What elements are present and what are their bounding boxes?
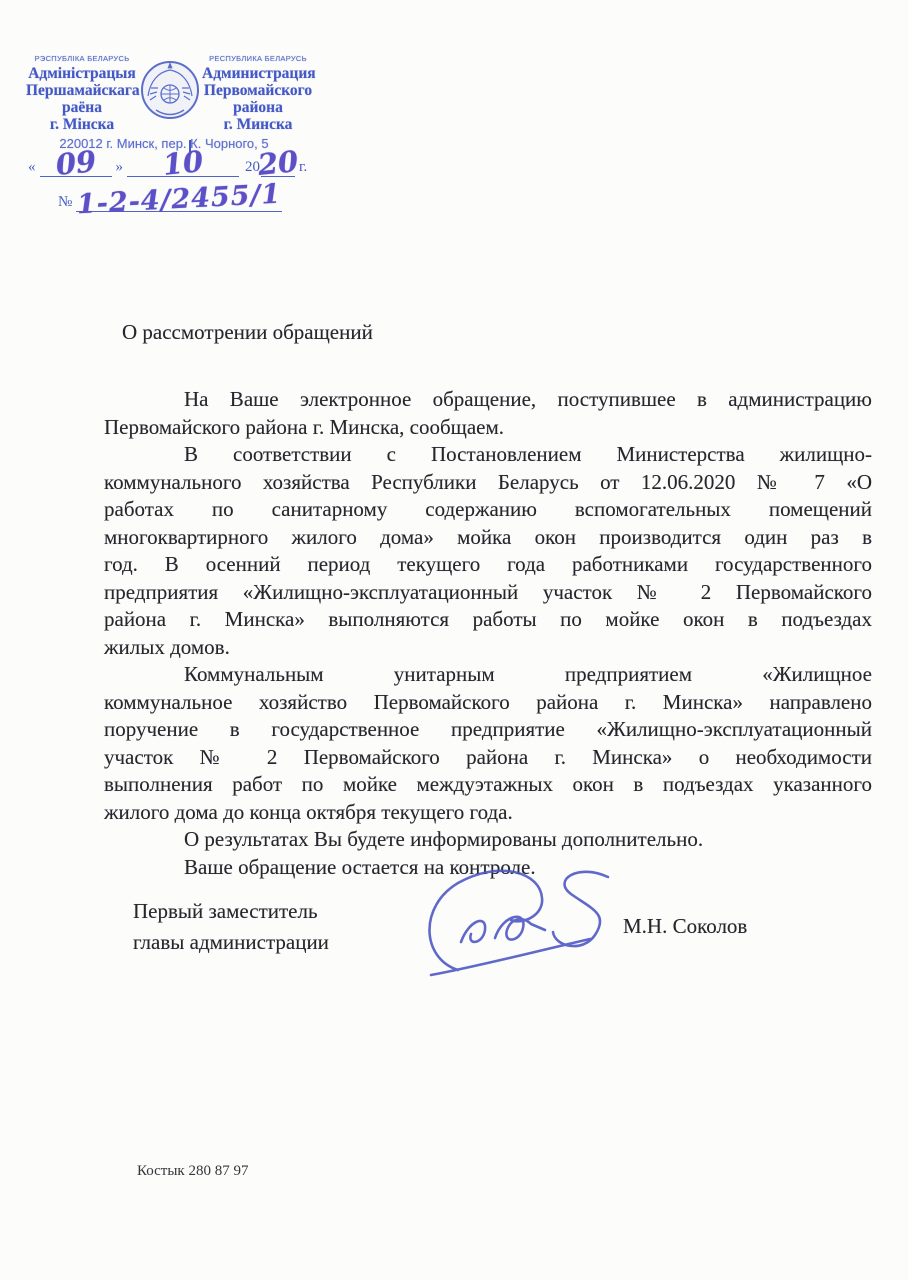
text-line: Первомайского района г. Минска, сообщаем… xyxy=(104,414,872,442)
handwritten-day: 09 xyxy=(54,144,98,182)
text-line: района г. Минска» выполняются работы по … xyxy=(104,606,872,634)
text-line: поручение в государственное предприятие … xyxy=(104,716,872,744)
paragraph: О результатах Вы будете информированы до… xyxy=(104,826,872,854)
body-paragraphs: На Ваше электронное обращение, поступивш… xyxy=(104,386,872,881)
letterhead-org-ru: Администрация xyxy=(202,65,314,82)
signer-position-line2: главы администрации xyxy=(133,927,329,958)
letterhead: РЭСПУБЛІКА БЕЛАРУСЬ Адміністрацыя Першам… xyxy=(26,54,302,151)
letterhead-raion-ru: района xyxy=(202,99,314,116)
letterhead-district-be: Першамайскага xyxy=(26,82,138,99)
coat-of-arms-icon xyxy=(138,56,202,132)
letterhead-belarusian-column: РЭСПУБЛІКА БЕЛАРУСЬ Адміністрацыя Першам… xyxy=(26,54,138,133)
text-line: О результатах Вы будете информированы до… xyxy=(104,826,872,854)
date-line: « 09 » 10 20 20 г. xyxy=(24,146,314,177)
paragraph: На Ваше электронное обращение, поступивш… xyxy=(104,386,872,441)
handwritten-ref-number: 1-2-4/2455/1 xyxy=(76,179,282,221)
text-line: коммунального хозяйства Республики Белар… xyxy=(104,469,872,497)
handwritten-month: 10 xyxy=(161,144,205,182)
text-line: жилых домов. xyxy=(104,634,872,662)
letterhead-district-ru: Первомайского xyxy=(202,82,314,99)
text-line: На Ваше электронное обращение, поступивш… xyxy=(104,386,872,414)
signer-position: Первый заместитель главы администрации xyxy=(133,896,329,958)
text-line: год. В осенний период текущего года рабо… xyxy=(104,551,872,579)
text-line: многоквартирного жилого дома» мойка окон… xyxy=(104,524,872,552)
reference-line: № 1-2-4/2455/1 xyxy=(24,181,314,212)
letterhead-country-be: РЭСПУБЛІКА БЕЛАРУСЬ xyxy=(26,54,138,63)
text-line: выполнения работ по мойке междуэтажных о… xyxy=(104,771,872,799)
text-line: Коммунальным унитарным предприятием «Жил… xyxy=(104,661,872,689)
letterhead-russian-column: РЕСПУБЛИКА БЕЛАРУСЬ Администрация Первом… xyxy=(202,54,314,133)
paragraph: В соответствии с Постановлением Министер… xyxy=(104,441,872,661)
ref-label: № xyxy=(54,194,76,212)
signer-name: М.Н. Соколов xyxy=(623,914,747,939)
text-line: предприятия «Жилищно-эксплуатационный уч… xyxy=(104,579,872,607)
text-line: участок № 2 Первомайского района г. Минс… xyxy=(104,744,872,772)
executor-contact: Костык 280 87 97 xyxy=(137,1163,248,1180)
scanned-letter-page: РЭСПУБЛІКА БЕЛАРУСЬ Адміністрацыя Першам… xyxy=(0,0,908,1280)
text-line: жилого дома до конца октября текущего го… xyxy=(104,799,872,827)
letterhead-org-be: Адміністрацыя xyxy=(26,65,138,82)
handwritten-year: 20 xyxy=(256,144,300,182)
letterhead-country-ru: РЕСПУБЛИКА БЕЛАРУСЬ xyxy=(202,54,314,63)
letterhead-raion-be: раёна xyxy=(26,99,138,116)
day-field: 09 xyxy=(40,146,112,177)
year-field: 20 xyxy=(261,146,295,177)
handwritten-signature-icon xyxy=(403,862,638,987)
document-subject: О рассмотрении обращений xyxy=(122,320,373,345)
ref-number-field: 1-2-4/2455/1 xyxy=(76,181,282,212)
open-quote: « xyxy=(24,159,40,177)
text-line: В соответствии с Постановлением Министер… xyxy=(104,441,872,469)
close-quote: » xyxy=(112,159,128,177)
month-field: 10 xyxy=(127,146,239,177)
paragraph: Коммунальным унитарным предприятием «Жил… xyxy=(104,661,872,826)
signer-position-line1: Первый заместитель xyxy=(133,896,329,927)
date-reference-block: « 09 » 10 20 20 г. № 1-2-4/2455/1 xyxy=(24,146,314,212)
text-line: коммунальное хозяйство Первомайского рай… xyxy=(104,689,872,717)
letterhead-city-ru: г. Минска xyxy=(202,116,314,133)
letterhead-city-be: г. Мінска xyxy=(26,116,138,133)
text-line: работах по санитарному содержанию вспомо… xyxy=(104,496,872,524)
